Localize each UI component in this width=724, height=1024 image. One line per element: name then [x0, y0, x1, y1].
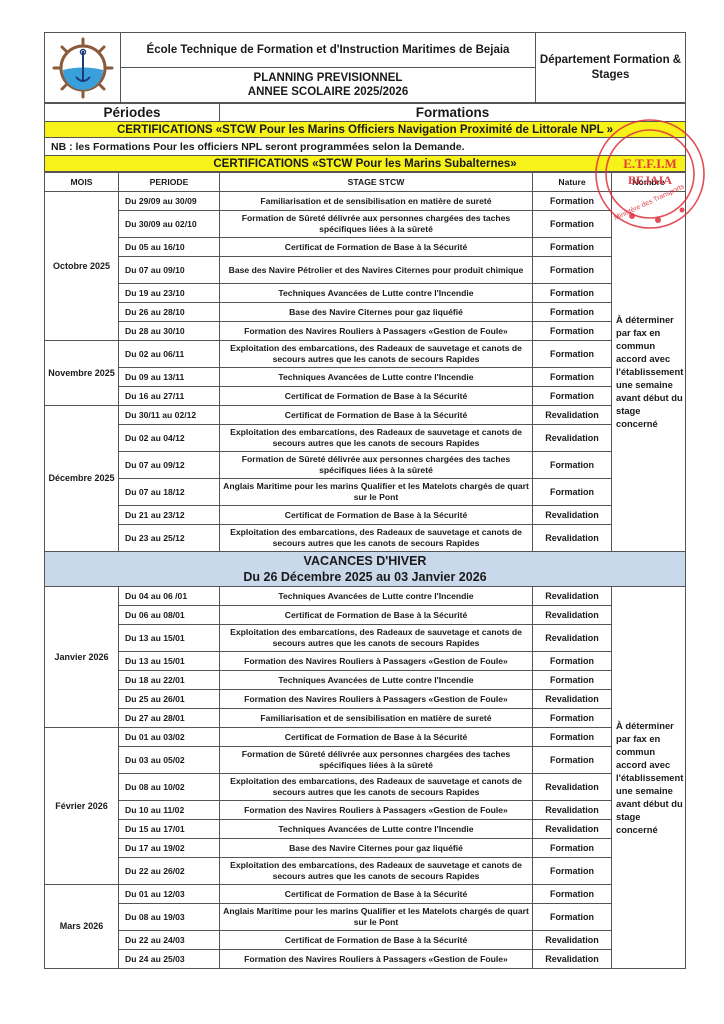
institution-name: École Technique de Formation et d'Instru…	[121, 33, 536, 68]
stage-cell: Exploitation des embarcations, des Radea…	[220, 774, 533, 801]
period-cell: Du 30/09 au 02/10	[119, 211, 220, 238]
sections-table: Périodes Formations CERTIFICATIONS «STCW…	[44, 103, 686, 172]
period-cell: Du 13 au 15/01	[119, 625, 220, 652]
nature-cell: Formation	[533, 192, 612, 211]
nature-cell: Revalidation	[533, 587, 612, 606]
stage-cell: Familiarisation et de sensibilisation en…	[220, 709, 533, 728]
stage-cell: Formation de Sûreté délivrée aux personn…	[220, 211, 533, 238]
planning-title-line: PLANNING PREVISIONNEL	[123, 71, 533, 85]
table-row: Mars 2026Du 01 au 12/03Certificat de For…	[45, 885, 686, 904]
table-row: Du 22 au 26/02Exploitation des embarcati…	[45, 858, 686, 885]
stage-cell: Techniques Avancées de Lutte contre l'In…	[220, 820, 533, 839]
nature-cell: Revalidation	[533, 525, 612, 552]
col-periode: PERIODE	[119, 173, 220, 192]
table-row: Du 15 au 17/01Techniques Avancées de Lut…	[45, 820, 686, 839]
table-row: Du 08 au 10/02Exploitation des embarcati…	[45, 774, 686, 801]
month-cell: Mars 2026	[45, 885, 119, 969]
period-cell: Du 04 au 06 /01	[119, 587, 220, 606]
stage-cell: Certificat de Formation de Base à la Séc…	[220, 406, 533, 425]
table-row: Du 22 au 24/03Certificat de Formation de…	[45, 931, 686, 950]
table-row: Du 13 au 15/01Formation des Navires Roul…	[45, 652, 686, 671]
nature-cell: Revalidation	[533, 931, 612, 950]
period-cell: Du 22 au 24/03	[119, 931, 220, 950]
table-row: Du 28 au 30/10Formation des Navires Roul…	[45, 322, 686, 341]
stage-cell: Formation de Sûreté délivrée aux personn…	[220, 747, 533, 774]
stage-cell: Techniques Avancées de Lutte contre l'In…	[220, 587, 533, 606]
table-row: Du 27 au 28/01Familiarisation et de sens…	[45, 709, 686, 728]
period-cell: Du 28 au 30/10	[119, 322, 220, 341]
stage-cell: Techniques Avancées de Lutte contre l'In…	[220, 368, 533, 387]
nature-cell: Formation	[533, 747, 612, 774]
nature-cell: Formation	[533, 709, 612, 728]
table-row: Du 25 au 26/01Formation des Navires Roul…	[45, 690, 686, 709]
table-row: Du 19 au 23/10Techniques Avancées de Lut…	[45, 284, 686, 303]
nature-cell: Formation	[533, 238, 612, 257]
stage-cell: Base des Navire Citernes pour gaz liquéf…	[220, 303, 533, 322]
col-nombre: Nombre	[612, 173, 686, 192]
table-row: Octobre 2025Du 29/09 au 30/09Familiarisa…	[45, 192, 686, 211]
table-row: Du 30/09 au 02/10Formation de Sûreté dél…	[45, 211, 686, 238]
table-row: Du 24 au 25/03Formation des Navires Roul…	[45, 950, 686, 969]
col-nature: Nature	[533, 173, 612, 192]
period-cell: Du 07 au 09/12	[119, 452, 220, 479]
periodes-header: Périodes	[45, 104, 220, 122]
nature-cell: Formation	[533, 728, 612, 747]
table-row: Du 26 au 28/10Base des Navire Citernes p…	[45, 303, 686, 322]
stage-cell: Familiarisation et de sensibilisation en…	[220, 192, 533, 211]
stage-cell: Formation des Navires Rouliers à Passage…	[220, 322, 533, 341]
table-row: Décembre 2025Du 30/11 au 02/12Certificat…	[45, 406, 686, 425]
period-cell: Du 29/09 au 30/09	[119, 192, 220, 211]
period-cell: Du 03 au 05/02	[119, 747, 220, 774]
period-cell: Du 05 au 16/10	[119, 238, 220, 257]
stage-cell: Certificat de Formation de Base à la Séc…	[220, 606, 533, 625]
nature-cell: Revalidation	[533, 425, 612, 452]
period-cell: Du 08 au 10/02	[119, 774, 220, 801]
column-headers: MOIS PERIODE STAGE STCW Nature Nombre	[45, 173, 686, 192]
nature-cell: Formation	[533, 322, 612, 341]
nature-cell: Formation	[533, 452, 612, 479]
stage-cell: Base des Navire Citernes pour gaz liquéf…	[220, 839, 533, 858]
stage-cell: Formation des Navires Rouliers à Passage…	[220, 652, 533, 671]
nature-cell: Revalidation	[533, 690, 612, 709]
period-cell: Du 18 au 22/01	[119, 671, 220, 690]
table-row: Du 08 au 19/03Anglais Maritime pour les …	[45, 904, 686, 931]
period-cell: Du 15 au 17/01	[119, 820, 220, 839]
nature-cell: Revalidation	[533, 406, 612, 425]
period-cell: Du 19 au 23/10	[119, 284, 220, 303]
nature-cell: Revalidation	[533, 625, 612, 652]
schedule-table: MOIS PERIODE STAGE STCW Nature Nombre Oc…	[44, 172, 686, 969]
table-row: Du 13 au 15/01Exploitation des embarcati…	[45, 625, 686, 652]
school-logo	[45, 33, 121, 103]
period-cell: Du 01 au 12/03	[119, 885, 220, 904]
nature-cell: Formation	[533, 303, 612, 322]
table-row: Du 16 au 27/11Certificat de Formation de…	[45, 387, 686, 406]
period-cell: Du 10 au 11/02	[119, 801, 220, 820]
npl-note: NB : les Formations Pour les officiers N…	[45, 138, 686, 156]
nature-cell: Formation	[533, 652, 612, 671]
nature-cell: Revalidation	[533, 801, 612, 820]
stage-cell: Certificat de Formation de Base à la Séc…	[220, 506, 533, 525]
stage-cell: Anglais Maritime pour les marins Qualifi…	[220, 479, 533, 506]
formations-header: Formations	[220, 104, 686, 122]
period-cell: Du 27 au 28/01	[119, 709, 220, 728]
table-row: Du 18 au 22/01Techniques Avancées de Lut…	[45, 671, 686, 690]
planning-document: École Technique de Formation et d'Instru…	[44, 32, 686, 969]
period-cell: Du 25 au 26/01	[119, 690, 220, 709]
subalternes-banner: CERTIFICATIONS «STCW Pour les Marins Sub…	[45, 156, 686, 172]
vacation-band: VACANCES D'HIVER Du 26 Décembre 2025 au …	[45, 552, 686, 587]
period-cell: Du 07 au 09/10	[119, 257, 220, 284]
nature-cell: Formation	[533, 885, 612, 904]
nature-cell: Formation	[533, 839, 612, 858]
period-cell: Du 02 au 06/11	[119, 341, 220, 368]
table-row: Janvier 2026Du 04 au 06 /01Techniques Av…	[45, 587, 686, 606]
schedule-body-before: Octobre 2025Du 29/09 au 30/09Familiarisa…	[45, 192, 686, 552]
nature-cell: Formation	[533, 257, 612, 284]
period-cell: Du 06 au 08/01	[119, 606, 220, 625]
stage-cell: Exploitation des embarcations, des Radea…	[220, 425, 533, 452]
stage-cell: Exploitation des embarcations, des Radea…	[220, 625, 533, 652]
period-cell: Du 02 au 04/12	[119, 425, 220, 452]
stage-cell: Exploitation des embarcations, des Radea…	[220, 858, 533, 885]
header-table: École Technique de Formation et d'Instru…	[44, 32, 686, 103]
table-row: Du 07 au 09/10Base des Navire Pétrolier …	[45, 257, 686, 284]
stage-cell: Formation des Navires Rouliers à Passage…	[220, 801, 533, 820]
table-row: Du 17 au 19/02Base des Navire Citernes p…	[45, 839, 686, 858]
period-cell: Du 26 au 28/10	[119, 303, 220, 322]
department-name: Département Formation & Stages	[536, 33, 686, 103]
stage-cell: Techniques Avancées de Lutte contre l'In…	[220, 671, 533, 690]
nature-cell: Formation	[533, 858, 612, 885]
winter-vacation: VACANCES D'HIVER Du 26 Décembre 2025 au …	[45, 552, 686, 587]
nature-cell: Formation	[533, 368, 612, 387]
table-row: Février 2026Du 01 au 03/02Certificat de …	[45, 728, 686, 747]
table-row: Du 03 au 05/02Formation de Sûreté délivr…	[45, 747, 686, 774]
period-cell: Du 07 au 18/12	[119, 479, 220, 506]
stage-cell: Certificat de Formation de Base à la Séc…	[220, 931, 533, 950]
nature-cell: Formation	[533, 904, 612, 931]
stage-cell: Base des Navire Pétrolier et des Navires…	[220, 257, 533, 284]
stage-cell: Exploitation des embarcations, des Radea…	[220, 525, 533, 552]
month-cell: Janvier 2026	[45, 587, 119, 728]
period-cell: Du 13 au 15/01	[119, 652, 220, 671]
table-row: Du 10 au 11/02Formation des Navires Roul…	[45, 801, 686, 820]
period-cell: Du 17 au 19/02	[119, 839, 220, 858]
npl-banner: CERTIFICATIONS «STCW Pour les Marins Off…	[45, 122, 686, 138]
table-row: Du 06 au 08/01Certificat de Formation de…	[45, 606, 686, 625]
nature-cell: Formation	[533, 211, 612, 238]
stage-cell: Exploitation des embarcations, des Radea…	[220, 341, 533, 368]
stage-cell: Certificat de Formation de Base à la Séc…	[220, 728, 533, 747]
period-cell: Du 01 au 03/02	[119, 728, 220, 747]
period-cell: Du 24 au 25/03	[119, 950, 220, 969]
stage-cell: Certificat de Formation de Base à la Séc…	[220, 885, 533, 904]
nature-cell: Revalidation	[533, 606, 612, 625]
table-row: Du 07 au 09/12Formation de Sûreté délivr…	[45, 452, 686, 479]
stage-cell: Certificat de Formation de Base à la Séc…	[220, 238, 533, 257]
period-cell: Du 08 au 19/03	[119, 904, 220, 931]
col-stage: STAGE STCW	[220, 173, 533, 192]
period-cell: Du 16 au 27/11	[119, 387, 220, 406]
stage-cell: Formation de Sûreté délivrée aux personn…	[220, 452, 533, 479]
nature-cell: Revalidation	[533, 820, 612, 839]
month-cell: Novembre 2025	[45, 341, 119, 406]
nature-cell: Revalidation	[533, 774, 612, 801]
table-row: Du 07 au 18/12Anglais Maritime pour les …	[45, 479, 686, 506]
vacation-dates: Du 26 Décembre 2025 au 03 Janvier 2026	[47, 569, 683, 585]
nature-cell: Formation	[533, 341, 612, 368]
nombre-note: À déterminer par fax en commun accord av…	[612, 587, 686, 969]
period-cell: Du 22 au 26/02	[119, 858, 220, 885]
nombre-note: À déterminer par fax en commun accord av…	[612, 192, 686, 552]
vacation-title: VACANCES D'HIVER	[47, 553, 683, 569]
period-cell: Du 21 au 23/12	[119, 506, 220, 525]
table-row: Du 09 au 13/11Techniques Avancées de Lut…	[45, 368, 686, 387]
col-mois: MOIS	[45, 173, 119, 192]
planning-title: PLANNING PREVISIONNEL ANNEE SCOLAIRE 202…	[121, 68, 536, 103]
nature-cell: Formation	[533, 284, 612, 303]
stage-cell: Formation des Navires Rouliers à Passage…	[220, 690, 533, 709]
period-cell: Du 30/11 au 02/12	[119, 406, 220, 425]
period-cell: Du 09 au 13/11	[119, 368, 220, 387]
stage-cell: Certificat de Formation de Base à la Séc…	[220, 387, 533, 406]
table-row: Du 23 au 25/12Exploitation des embarcati…	[45, 525, 686, 552]
month-cell: Octobre 2025	[45, 192, 119, 341]
table-row: Du 02 au 04/12Exploitation des embarcati…	[45, 425, 686, 452]
nature-cell: Formation	[533, 671, 612, 690]
period-cell: Du 23 au 25/12	[119, 525, 220, 552]
table-row: Du 21 au 23/12Certificat de Formation de…	[45, 506, 686, 525]
nature-cell: Revalidation	[533, 950, 612, 969]
nature-cell: Revalidation	[533, 506, 612, 525]
stage-cell: Formation des Navires Rouliers à Passage…	[220, 950, 533, 969]
schedule-body-after: Janvier 2026Du 04 au 06 /01Techniques Av…	[45, 587, 686, 969]
month-cell: Décembre 2025	[45, 406, 119, 552]
nature-cell: Formation	[533, 479, 612, 506]
table-row: Novembre 2025Du 02 au 06/11Exploitation …	[45, 341, 686, 368]
stage-cell: Anglais Maritime pour les marins Qualifi…	[220, 904, 533, 931]
school-year: ANNEE SCOLAIRE 2025/2026	[123, 85, 533, 99]
stage-cell: Techniques Avancées de Lutte contre l'In…	[220, 284, 533, 303]
table-row: Du 05 au 16/10Certificat de Formation de…	[45, 238, 686, 257]
month-cell: Février 2026	[45, 728, 119, 885]
ship-wheel-anchor-icon	[52, 37, 114, 99]
nature-cell: Formation	[533, 387, 612, 406]
